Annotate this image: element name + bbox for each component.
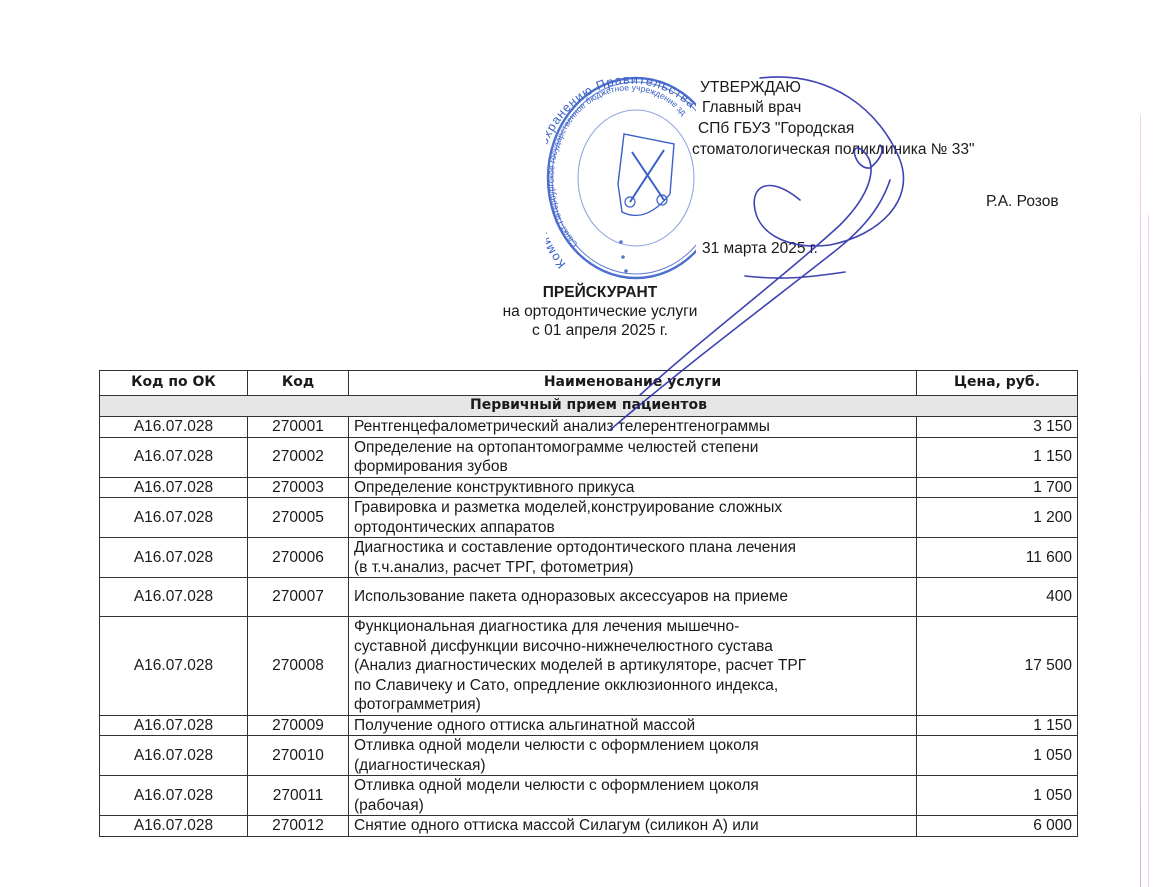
document-subtitle: на ортодонтические услуги [440,302,760,321]
table-row: A16.07.028270005Гравировка и разметка мо… [100,498,1078,538]
ok-code-cell: A16.07.028 [100,736,248,776]
approver-position: Главный врач [702,98,801,118]
code-cell: 270012 [248,816,349,837]
code-cell: 270008 [248,617,349,716]
ok-code-cell: A16.07.028 [100,498,248,538]
stamp-seal-icon: Комитет по здравоохранению Правительства… [546,74,696,284]
price-cell: 1 700 [917,477,1078,498]
price-cell: 1 200 [917,498,1078,538]
code-cell: 270002 [248,437,349,477]
ok-code-cell: A16.07.028 [100,417,248,438]
header-ok-code: Код по ОК [100,371,248,396]
table-row: A16.07.028270012Снятие одного оттиска ма… [100,816,1078,837]
ok-code-cell: A16.07.028 [100,477,248,498]
table-header-row: Код по ОК Код Наименование услуги Цена, … [100,371,1078,396]
ok-code-cell: A16.07.028 [100,776,248,816]
price-cell: 3 150 [917,417,1078,438]
scan-edge-line [1148,215,1149,887]
header-code: Код [248,371,349,396]
service-name-cell: Гравировка и разметка моделей,конструиро… [349,498,917,538]
code-cell: 270011 [248,776,349,816]
code-cell: 270003 [248,477,349,498]
ok-code-cell: A16.07.028 [100,578,248,617]
scan-edge-line [1140,115,1141,887]
table-row: A16.07.028270010Отливка одной модели чел… [100,736,1078,776]
approval-heading: УТВЕРЖДАЮ [700,78,801,98]
ok-code-cell: A16.07.028 [100,816,248,837]
approval-date: 31 марта 2025 г. [702,240,818,258]
service-name-cell: Диагностика и составление ортодонтическо… [349,538,917,578]
service-name-cell: Определение на ортопантомограмме челюсте… [349,437,917,477]
code-cell: 270006 [248,538,349,578]
ok-code-cell: A16.07.028 [100,538,248,578]
section-title: Первичный прием пациентов [100,396,1078,417]
code-cell: 270010 [248,736,349,776]
code-cell: 270009 [248,715,349,736]
price-cell: 1 150 [917,715,1078,736]
price-cell: 6 000 [917,816,1078,837]
code-cell: 270007 [248,578,349,617]
service-name-cell: Рентгенцефалометрический анализ телерент… [349,417,917,438]
price-cell: 1 150 [917,437,1078,477]
table-row: A16.07.028270002Определение на ортопанто… [100,437,1078,477]
service-name-cell: Использование пакета одноразовых аксессу… [349,578,917,617]
ok-code-cell: A16.07.028 [100,437,248,477]
document-page: Комитет по здравоохранению Правительства… [0,0,1173,887]
table-row: A16.07.028270003Определение конструктивн… [100,477,1078,498]
price-cell: 1 050 [917,776,1078,816]
ok-code-cell: A16.07.028 [100,617,248,716]
approver-name: Р.А. Розов [986,193,1059,211]
organization-line-1: СПб ГБУЗ "Городская [698,119,854,139]
table-row: A16.07.028270001Рентгенцефалометрический… [100,417,1078,438]
section-row: Первичный прием пациентов [100,396,1078,417]
table-row: A16.07.028270009Получение одного оттиска… [100,715,1078,736]
table-row: A16.07.028270011Отливка одной модели чел… [100,776,1078,816]
price-cell: 17 500 [917,617,1078,716]
effective-date: с 01 апреля 2025 г. [440,321,760,340]
header-price: Цена, руб. [917,371,1078,396]
organization-line-2: стоматологическая поликлиника № 33" [692,140,974,160]
price-cell: 11 600 [917,538,1078,578]
service-name-cell: Отливка одной модели челюсти с оформлени… [349,776,917,816]
table-row: A16.07.028270006Диагностика и составлени… [100,538,1078,578]
code-cell: 270005 [248,498,349,538]
document-title: ПРЕЙСКУРАНТ [440,283,760,302]
table-row: A16.07.028270007Использование пакета одн… [100,578,1078,617]
price-list-table: Код по ОК Код Наименование услуги Цена, … [99,370,1078,837]
price-cell: 400 [917,578,1078,617]
header-service-name: Наименование услуги [349,371,917,396]
ok-code-cell: A16.07.028 [100,715,248,736]
document-title-block: ПРЕЙСКУРАНТ на ортодонтические услуги с … [440,283,760,340]
code-cell: 270001 [248,417,349,438]
price-cell: 1 050 [917,736,1078,776]
service-name-cell: Отливка одной модели челюсти с оформлени… [349,736,917,776]
table-row: A16.07.028270008Функциональная диагности… [100,617,1078,716]
service-name-cell: Функциональная диагностика для лечения м… [349,617,917,716]
service-name-cell: Снятие одного оттиска массой Силагум (си… [349,816,917,837]
service-name-cell: Получение одного оттиска альгинатной мас… [349,715,917,736]
service-name-cell: Определение конструктивного прикуса [349,477,917,498]
